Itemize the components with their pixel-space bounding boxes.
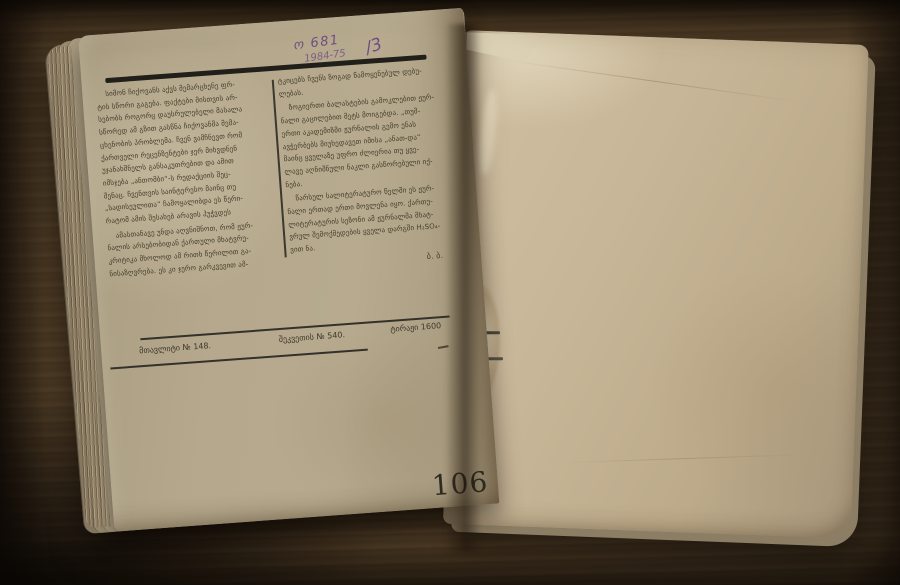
right-page-blank bbox=[443, 30, 869, 539]
wood-table-background: ო 681 1984-75 /3 სიმონ ჩიქოვანს აქვს მემ… bbox=[0, 0, 900, 585]
imprint-block: მთავლიტი № 148. შეკვეთის № 540. ტირაჟი 1… bbox=[114, 316, 451, 373]
imprint-print-run: ტირაჟი 1600 bbox=[390, 321, 442, 334]
corner-fold-crease bbox=[466, 32, 541, 63]
paragraph: ზოგიერთი ბალასტების გამოკლებით ჟურ- ნალი… bbox=[279, 91, 453, 192]
imprint-censor-number: მთავლიტი № 148. bbox=[139, 341, 211, 355]
text-column-right: ტკიცებს ჩვენს ზოგად წამოყენებულ დებუ- ლე… bbox=[277, 63, 459, 273]
left-page: ო 681 1984-75 /3 სიმონ ჩიქოვანს აქვს მემ… bbox=[78, 8, 499, 532]
handwritten-fraction: /3 bbox=[363, 34, 385, 58]
page-number: 106 bbox=[431, 465, 490, 502]
paragraph: ამასთანავე უნდა აღვნიშნოთ, რომ ჟურ- ნალი… bbox=[106, 218, 281, 281]
paper-crease bbox=[565, 454, 805, 463]
text-column-left: სიმონ ჩიქოვანს აქვს მემარცხენე ფრ- ტის ს… bbox=[96, 76, 282, 287]
paper-streak-stain bbox=[477, 89, 499, 176]
paragraph: სიმონ ჩიქოვანს აქვს მემარცხენე ფრ- ტის ს… bbox=[96, 76, 278, 228]
text-columns: სიმონ ჩიქოვანს აქვს მემარცხენე ფრ- ტის ს… bbox=[96, 63, 462, 287]
paragraph: წარსულ სალიტერატურო წელში ეს ჟურ- ნალი ე… bbox=[286, 181, 458, 257]
paper-crease bbox=[506, 60, 803, 103]
imprint-order-number: შეკვეთის № 540. bbox=[278, 330, 345, 344]
